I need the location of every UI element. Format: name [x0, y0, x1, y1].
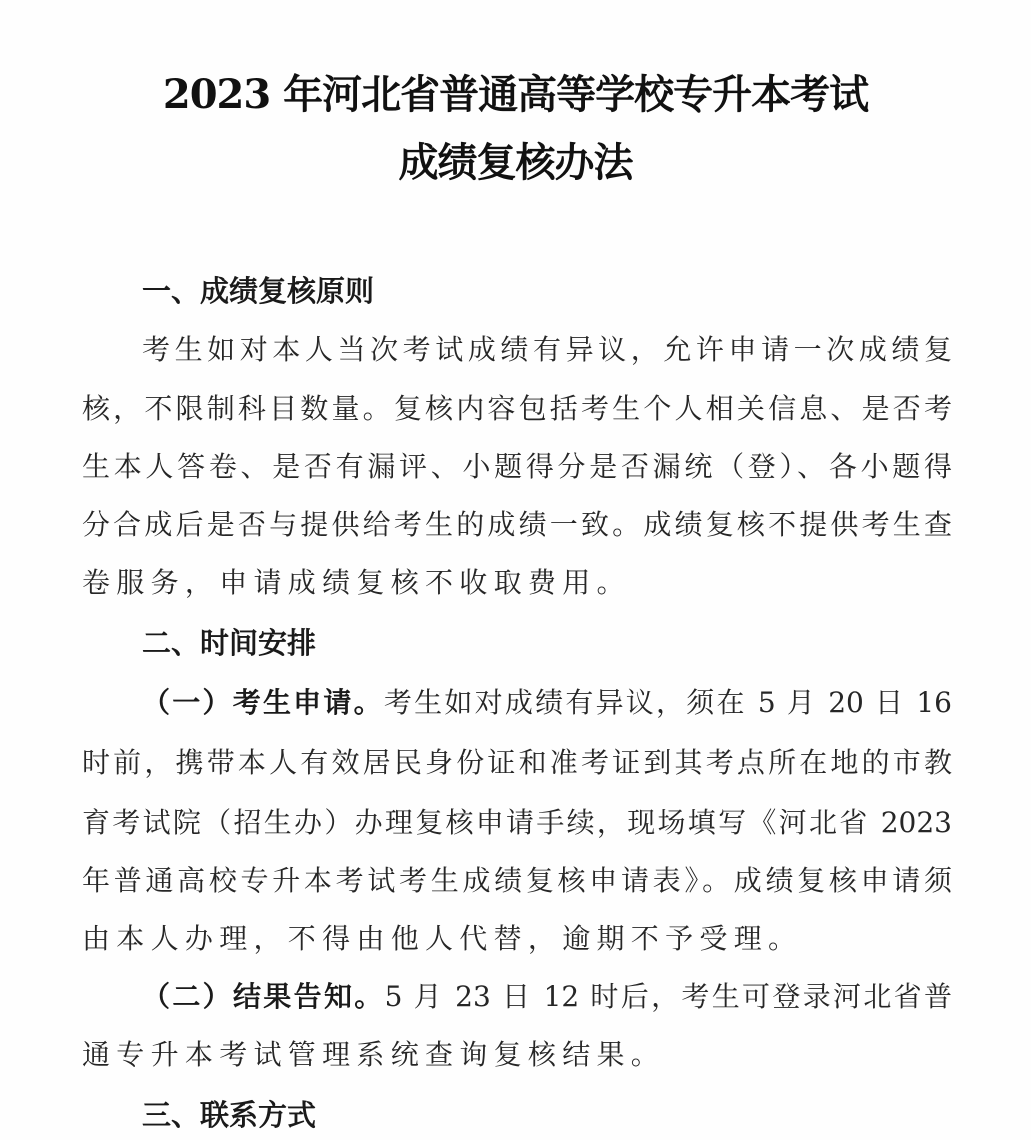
- subsection-label-1: （一）考生申请。: [142, 686, 384, 719]
- paragraph-line: 时前，携带本人有效居民身份证和准考证到其考点所在地的市教: [82, 745, 952, 781]
- paragraph-line: 生本人答卷、是否有漏评、小题得分是否漏统（登）、各小题得: [82, 449, 952, 485]
- document-title-line-1: 2023 年河北省普通高等学校专升本考试: [0, 71, 1031, 119]
- paragraph-line: 通专升本考试管理系统查询复核结果。: [82, 1037, 952, 1073]
- subsection-first-line: （二）结果告知。5 月 23 日 12 时后，考生可登录河北省普: [142, 979, 952, 1015]
- subsection-text: 考生如对成绩有异议，须在 5 月 20 日 16: [384, 686, 952, 719]
- paragraph-line: 育考试院（招生办）办理复核申请手续，现场填写《河北省 2023: [82, 805, 952, 841]
- section-heading-2: 二、时间安排: [142, 625, 316, 661]
- document-page: 2023 年河北省普通高等学校专升本考试 成绩复核办法 一、成绩复核原则 考生如…: [0, 0, 1031, 1140]
- section-heading-3: 三、联系方式: [142, 1097, 316, 1133]
- paragraph-line: 由本人办理，不得由他人代替，逾期不予受理。: [82, 921, 952, 957]
- paragraph-line: 分合成后是否与提供给考生的成绩一致。成绩复核不提供考生查: [82, 507, 952, 543]
- subsection-label-2: （二）结果告知。: [142, 980, 385, 1013]
- subsection-first-line: （一）考生申请。考生如对成绩有异议，须在 5 月 20 日 16: [142, 685, 952, 721]
- section-heading-1: 一、成绩复核原则: [142, 273, 374, 309]
- paragraph-line: 核，不限制科目数量。复核内容包括考生个人相关信息、是否考: [82, 391, 952, 427]
- subsection-text: 5 月 23 日 12 时后，考生可登录河北省普: [385, 980, 952, 1013]
- document-title-line-2: 成绩复核办法: [0, 139, 1031, 187]
- paragraph-line: 卷服务，申请成绩复核不收取费用。: [82, 565, 952, 601]
- paragraph-line: 考生如对本人当次考试成绩有异议，允许申请一次成绩复: [142, 332, 952, 368]
- paragraph-line: 年普通高校专升本考试考生成绩复核申请表》。成绩复核申请须: [82, 863, 952, 899]
